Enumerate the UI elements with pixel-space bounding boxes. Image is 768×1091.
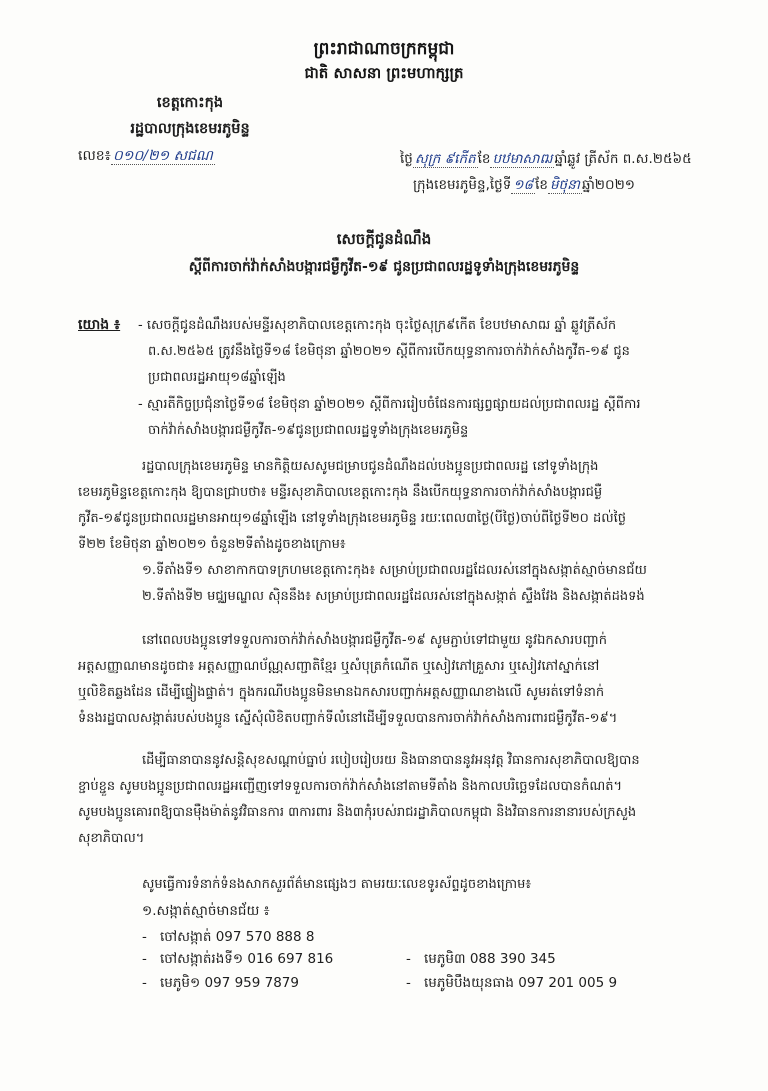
body-line: កូវីត-១៩ជូនប្រជាពលរដ្ឋមានអាយុ១៨ឆ្នាំឡើង … <box>78 510 626 529</box>
contact-section-title: ១.សង្កាត់ស្មាច់មានជ័យ ៖ <box>142 902 270 922</box>
lunar-month: បឋមាសាឍ <box>490 151 554 168</box>
reference-number-value: ០១០/២១ សជណ <box>111 148 215 165</box>
body-line: អត្តសញ្ញាណមានដូចជា៖ អត្តសញ្ញាណប័ណ្ណសញ្ជា… <box>78 658 599 677</box>
body-line: សូមបងប្អូនគោរពឱ្យបានម៉ឺងម៉ាត់នូវវិធានការ… <box>78 804 636 823</box>
contact-phone: 097 201 005 9 <box>518 975 617 991</box>
contact-item: -ចៅសង្កាត់ 097 570 888 8 <box>142 928 314 948</box>
place-date-prefix: ក្រុងខេមរភូមិន្ទ,ថ្ងៃទី <box>413 177 511 193</box>
body-line: នៅពេលបងប្អូនទៅទទួលការចាក់វ៉ាក់សាំងបង្ការ… <box>142 632 607 651</box>
body-line: ដើម្បីធានាបាននូវសន្តិសុខសណ្តាប់ធ្នាប់ រប… <box>142 752 640 771</box>
reference-line: ព.ស.២៥៦៥ ត្រូវនឹងថ្ងៃទី១៨ ខែមិថុនា ឆ្នាំ… <box>148 343 630 362</box>
date-month: មិថុនា <box>548 177 582 194</box>
body-line: ទំនងរដ្ឋបាលសង្កាត់របស់បងប្អូន ស្នើសុំលិខ… <box>78 710 617 729</box>
lunar-month-prefix: ខែ <box>478 151 491 167</box>
contact-phone: 088 390 345 <box>470 951 556 967</box>
reference-label-heading: យោង ៖ <box>78 315 120 336</box>
national-motto: ជាតិ សាសនា ព្រះមហាក្សត្រ <box>0 64 768 86</box>
body-line: សុខាភិបាល។ <box>78 830 144 849</box>
reference-line: ប្រជាពលរដ្ឋអាយុ១៨ឆ្នាំឡើង <box>148 369 286 388</box>
lunar-day: សុក្រ ៩កើត <box>413 151 478 168</box>
contact-name: មេភូមិ៣ <box>424 951 466 967</box>
body-line: ខ្ជាប់ខ្ជួន សូមបងប្អូនប្រជាពលរដ្ឋអញ្ជើញទ… <box>78 778 622 797</box>
lunar-date: ថ្ងៃសុក្រ ៩កើតខែបឋមាសាឍឆ្នាំឆ្លូវ ត្រីស័… <box>400 150 692 170</box>
reference-line: - សេចក្តីជូនដំណឹងរបស់មន្ទីរសុខាភិបាលខេត្… <box>138 317 616 336</box>
body-line: រដ្ឋបាលក្រុងខេមរភូមិន្ទ មានកិត្តិយសសូមជម… <box>142 458 598 477</box>
site-item: ១.ទីតាំងទី១ សាខាកាកបាទក្រហមខេត្តកោះកុង៖ … <box>142 562 647 581</box>
site-item: ២.ទីតាំងទី២ មជ្ឈមណ្ឌល ស៊ិននឹង៖ សម្រាប់ប្… <box>142 588 645 607</box>
date-year: ឆ្នាំ២០២១ <box>582 177 635 193</box>
reference-line: - ស្មារតីកិច្ចប្រជុំនាថ្ងៃទី១៨ ខែមិថុនា … <box>138 396 641 415</box>
body-line: ឬលិខិតឆ្លងដែន ដើម្បីផ្ទៀងផ្ទាត់។ ក្នុងករ… <box>78 684 604 703</box>
document-subtitle: ស្តីពីការចាក់វ៉ាក់សាំងបង្ការជម្ងឺកូវីត-១… <box>0 257 768 278</box>
contact-name: ចៅសង្កាត់ <box>160 929 211 945</box>
reference-label: លេខ៖ <box>78 148 111 164</box>
province-name: ខេត្តកោះកុង <box>70 94 310 115</box>
body-line: ទី២២ ខែមិថុនា ឆ្នាំ២០២១ ចំនួន២ទីតាំងដូចខ… <box>78 536 346 555</box>
date-day: ១៨ <box>511 177 535 194</box>
place-and-date: ក្រុងខេមរភូមិន្ទ,ថ្ងៃទី១៨ខែមិថុនាឆ្នាំ២០… <box>413 176 635 196</box>
contact-phone: 097 959 7879 <box>205 975 299 991</box>
contact-phone: 016 697 816 <box>247 951 333 967</box>
contact-phone: 097 570 888 8 <box>216 929 315 945</box>
body-line: ខេមរភូមិន្ទខេត្តកោះកុង ឱ្យបានជ្រាបថា៖ មន… <box>78 484 602 503</box>
contact-item: -មេភូមិ៣ 088 390 345 <box>406 950 556 970</box>
kingdom-heading: ព្រះរាជាណាចក្រកម្ពុជា <box>0 38 768 63</box>
lunar-year: ឆ្នាំឆ្លូវ ត្រីស័ក ព.ស.២៥៦៥ <box>554 151 691 167</box>
contact-intro: សូមធ្វើការទំនាក់ទំនងសាកសួរព័ត៌មានផ្សេងៗ … <box>142 876 531 895</box>
contact-name: មេភូមិ១ <box>160 975 200 991</box>
contact-name: មេភូមិបឹងយុនធាង <box>424 975 514 991</box>
lunar-date-prefix: ថ្ងៃ <box>400 151 413 167</box>
document-title: សេចក្តីជូនដំណឹង <box>0 230 768 252</box>
contact-item: -ចៅសង្កាត់រងទី១ 016 697 816 <box>142 950 333 970</box>
contact-name: ចៅសង្កាត់រងទី១ <box>160 951 243 967</box>
reference-number: លេខ៖០១០/២១ សជណ <box>78 146 215 167</box>
month-prefix: ខែ <box>535 177 548 193</box>
contact-item: -មេភូមិបឹងយុនធាង 097 201 005 9 <box>406 974 617 994</box>
contact-item: -មេភូមិ១ 097 959 7879 <box>142 974 299 994</box>
reference-line: ចាក់វ៉ាក់សាំងបង្ការជម្ងឺកូវីត-១៩ជូនប្រជា… <box>148 422 468 441</box>
document-page: ព្រះរាជាណាចក្រកម្ពុជា ជាតិ សាសនា ព្រះមហា… <box>0 0 768 1091</box>
city-administration: រដ្ឋបាលក្រុងខេមរភូមិន្ទ <box>70 120 310 141</box>
